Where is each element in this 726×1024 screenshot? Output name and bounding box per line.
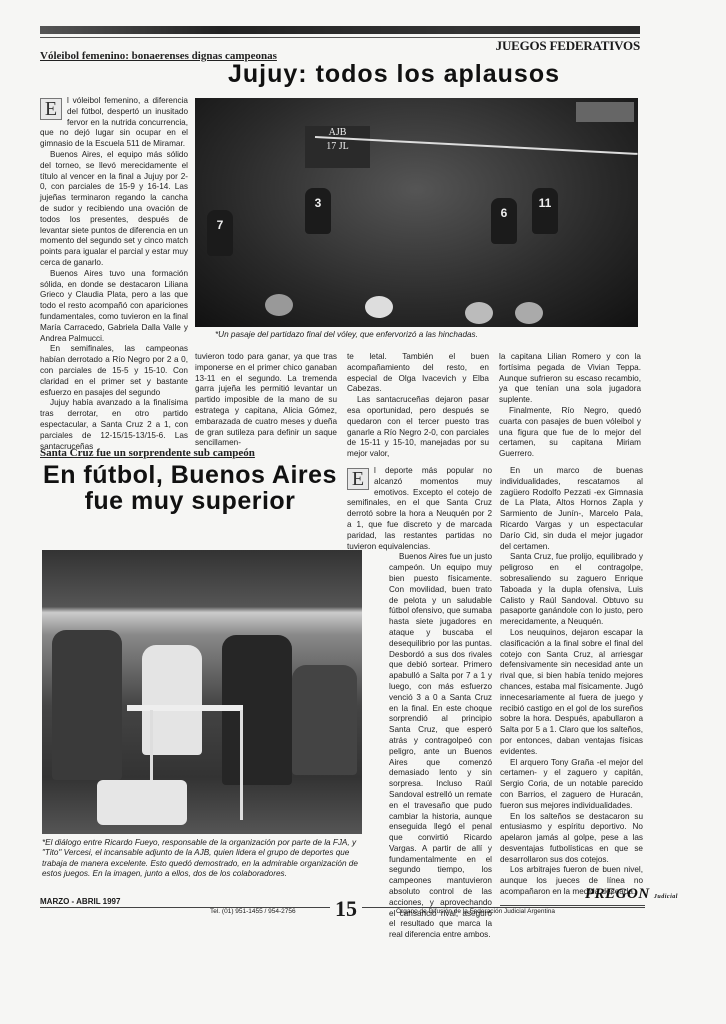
volleyball-photo: AJB 17 JL 7 3 6 11 xyxy=(195,98,638,327)
ajb-banner: AJB 17 JL xyxy=(305,126,370,168)
player: 11 xyxy=(532,188,558,234)
article1-column-2: tuvieron todo para ganar, ya que tras im… xyxy=(195,352,337,449)
paragraph: Buenos Aires, el equipo más sólido del t… xyxy=(40,150,188,269)
paragraph: tuvieron todo para ganar, ya que tras im… xyxy=(195,352,337,449)
telephone: Tel. (01) 951-1455 / 954-2756 xyxy=(210,908,296,915)
article2-kicker: Santa Cruz fue un sorprendente sub campe… xyxy=(40,447,255,459)
paragraph: En un marco de buenas individualidades, … xyxy=(500,466,643,552)
paragraph: la capitana Lilian Romero y con la fortí… xyxy=(499,352,641,406)
paragraph: l vóleibol femenino, a diferencia del fú… xyxy=(40,96,188,150)
paragraph: Finalmente, Río Negro, quedó cuarta con … xyxy=(499,406,641,460)
spectator-head xyxy=(265,294,293,316)
newspaper-page: JUEGOS FEDERATIVOS Vóleibol femenino: bo… xyxy=(0,0,726,1024)
spectator-head xyxy=(465,302,493,324)
section-tag: JUEGOS FEDERATIVOS xyxy=(496,38,640,54)
spectator-head xyxy=(515,302,543,324)
dropcap: E xyxy=(347,468,369,490)
table-leg xyxy=(240,710,243,820)
paragraph: Jujuy había avanzado a la finalísima tra… xyxy=(40,398,188,452)
article2-column-2: En un marco de buenas individualidades, … xyxy=(500,466,643,898)
article1-headline: Jujuy: todos los aplausos xyxy=(228,60,560,89)
article2-headline: En fútbol, Buenos Aires fue muy superior xyxy=(40,462,340,514)
page-number: 15 xyxy=(335,896,357,922)
photo1-caption: *Un pasaje del partidazo final del vóley… xyxy=(215,330,645,340)
paragraph: Buenos Aires tuvo una formación sólida, … xyxy=(40,269,188,345)
person xyxy=(52,630,122,780)
player: 6 xyxy=(491,198,517,244)
top-rule-bar xyxy=(40,26,640,34)
paragraph: te letal. También el buen acompañamiento… xyxy=(347,352,489,395)
article1-column-1: E l vóleibol femenino, a diferencia del … xyxy=(40,96,188,452)
article2-column-1: E l deporte más popular no alcanzó momen… xyxy=(347,466,492,941)
paragraph: En semifinales, las campeonas habían der… xyxy=(40,344,188,398)
paragraph: Santa Cruz, fue prolijo, equilibrado y p… xyxy=(500,552,643,628)
paragraph: El arquero Tony Graña -el mejor del cert… xyxy=(500,758,643,812)
article1-column-3: te letal. También el buen acompañamiento… xyxy=(347,352,489,460)
issue-date: MARZO - ABRIL 1997 xyxy=(40,897,120,906)
logo-text: PREGON xyxy=(585,886,650,902)
player: 7 xyxy=(207,210,233,256)
player: 3 xyxy=(305,188,331,234)
dropcap: E xyxy=(40,98,62,120)
paragraph: En los salteños se destacaron su entusia… xyxy=(500,812,643,866)
folding-table xyxy=(127,705,243,711)
article1-column-4: la capitana Lilian Romero y con la fortí… xyxy=(499,352,641,460)
organ-statement: Organo de Difusión de la Federación Judi… xyxy=(396,908,555,915)
pregon-logo: PREGON Judicial xyxy=(585,886,678,903)
footer-rule xyxy=(500,905,645,906)
photo2-caption: *El diálogo entre Ricardo Fueyo, respons… xyxy=(42,838,362,880)
paragraph: Las santacruceñas dejaron pasar esa opor… xyxy=(347,395,489,460)
paragraph: Los neuquinos, dejaron escapar la clasif… xyxy=(500,628,643,758)
logo-subtext: Judicial xyxy=(654,894,678,900)
bag xyxy=(97,780,187,825)
spectator-head xyxy=(365,296,393,318)
football-officials-photo xyxy=(42,550,362,834)
paragraph: Buenos Aires fue un justo campeón. Un eq… xyxy=(389,552,492,941)
wall-poster xyxy=(576,102,634,122)
banner-text: 17 JL xyxy=(305,140,370,154)
